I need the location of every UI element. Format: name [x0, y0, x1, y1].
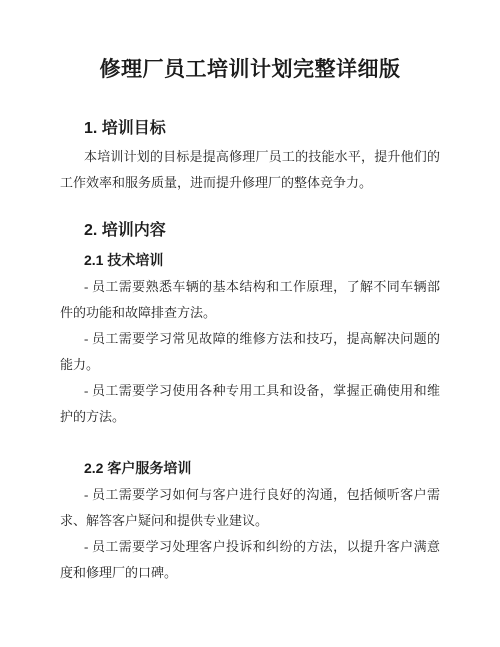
bullet-item: - 员工需要学习如何与客户进行良好的沟通，包括倾听客户需求、解答客户疑问和提供专… [60, 482, 440, 534]
bullet-item: - 员工需要熟悉车辆的基本结构和工作原理，了解不同车辆部件的功能和故障排查方法。 [60, 274, 440, 326]
bullet-item: - 员工需要学习处理客户投诉和纠纷的方法，以提升客户满意度和修理厂的口碑。 [60, 534, 440, 586]
section-1-paragraph: 本培训计划的目标是提高修理厂员工的技能水平，提升他们的工作效率和服务质量，进而提… [60, 144, 440, 196]
section-1-heading: 1. 培训目标 [60, 118, 440, 140]
document-title: 修理厂员工培训计划完整详细版 [60, 56, 440, 84]
subsection-2-2-heading: 2.2 客户服务培训 [60, 458, 440, 478]
section-2-heading: 2. 培训内容 [60, 220, 440, 242]
subsection-2-1-heading: 2.1 技术培训 [60, 250, 440, 270]
bullet-item: - 员工需要学习常见故障的维修方法和技巧，提高解决问题的能力。 [60, 326, 440, 378]
document-page: 修理厂员工培训计划完整详细版 1. 培训目标 本培训计划的目标是提高修理厂员工的… [0, 0, 500, 647]
bullet-item: - 员工需要学习使用各种专用工具和设备，掌握正确使用和维护的方法。 [60, 378, 440, 430]
